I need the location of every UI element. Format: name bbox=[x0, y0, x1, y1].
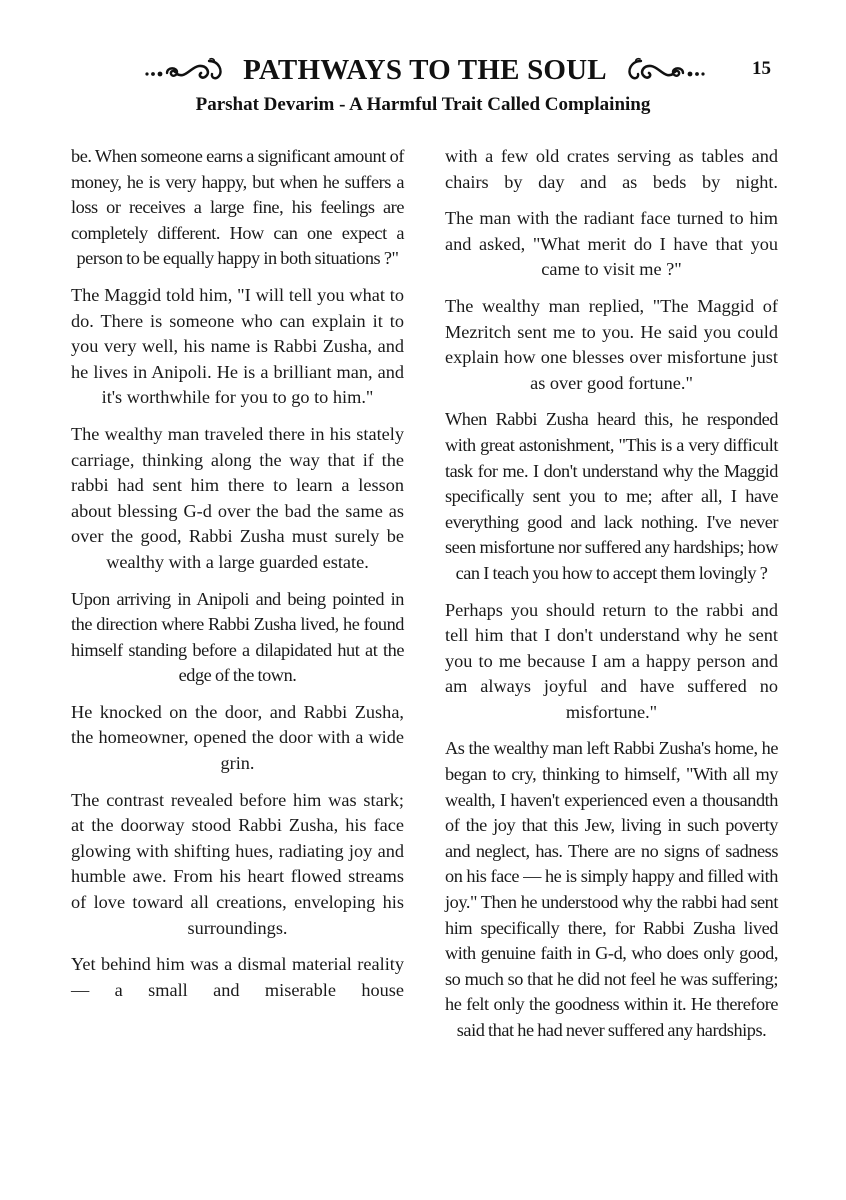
paragraph: As the wealthy man left Rabbi Zusha's ho… bbox=[445, 736, 778, 1043]
paragraph: Yet behind him was a dismal material rea… bbox=[71, 952, 404, 1003]
article-subtitle: Parshat Devarim - A Harmful Trait Called… bbox=[0, 94, 846, 116]
paragraph: The wealthy man traveled there in his st… bbox=[71, 422, 404, 576]
paragraph: Upon arriving in Anipoli and being point… bbox=[71, 587, 404, 689]
paragraph: Perhaps you should return to the rabbi a… bbox=[445, 598, 778, 726]
paragraph: be. When someone earns a significant amo… bbox=[71, 144, 404, 272]
paragraph: He knocked on the door, and Rabbi Zusha,… bbox=[71, 700, 404, 777]
left-column: be. When someone earns a significant amo… bbox=[71, 144, 404, 1014]
page-number: 15 bbox=[752, 58, 771, 80]
paragraph: The Maggid told him, "I will tell you wh… bbox=[71, 283, 404, 411]
publication-title: PATHWAYS TO THE SOUL bbox=[243, 50, 607, 90]
page-header: PATHWAYS TO THE SOUL 15 bbox=[0, 50, 846, 90]
paragraph: with a few old crates serving as tables … bbox=[445, 144, 778, 195]
paragraph: The wealthy man replied, "The Maggid of … bbox=[445, 294, 778, 396]
paragraph: The contrast revealed before him was sta… bbox=[71, 788, 404, 942]
paragraph: When Rabbi Zusha heard this, he responde… bbox=[445, 407, 778, 586]
paragraph: The man with the radiant face turned to … bbox=[445, 206, 778, 283]
masthead: PATHWAYS TO THE SOUL bbox=[130, 50, 720, 90]
right-column: with a few old crates serving as tables … bbox=[445, 144, 778, 1055]
flourish-right-icon bbox=[611, 55, 707, 85]
flourish-left-icon bbox=[143, 55, 239, 85]
